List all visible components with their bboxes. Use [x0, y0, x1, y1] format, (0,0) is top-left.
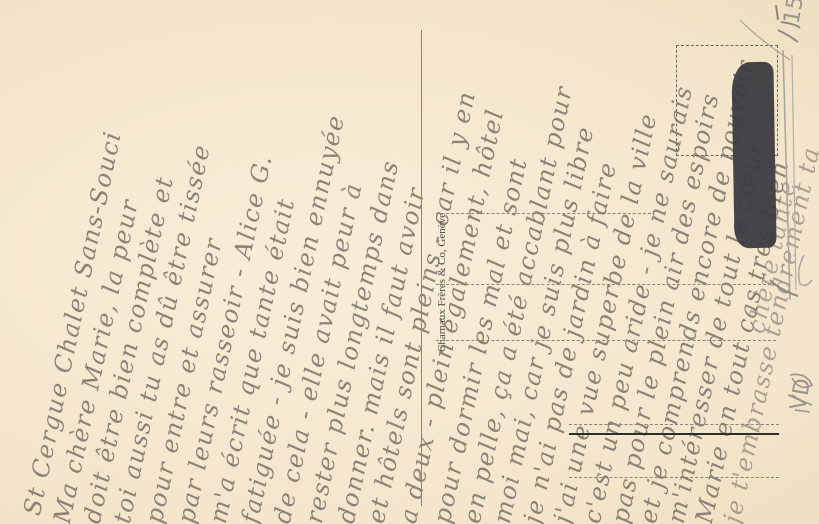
pencil-number: 15 [779, 0, 808, 26]
postcard-back: St Cergue Chalet Sans-Souci Ma chère Mar… [0, 0, 819, 524]
pencil-marks [0, 0, 819, 524]
